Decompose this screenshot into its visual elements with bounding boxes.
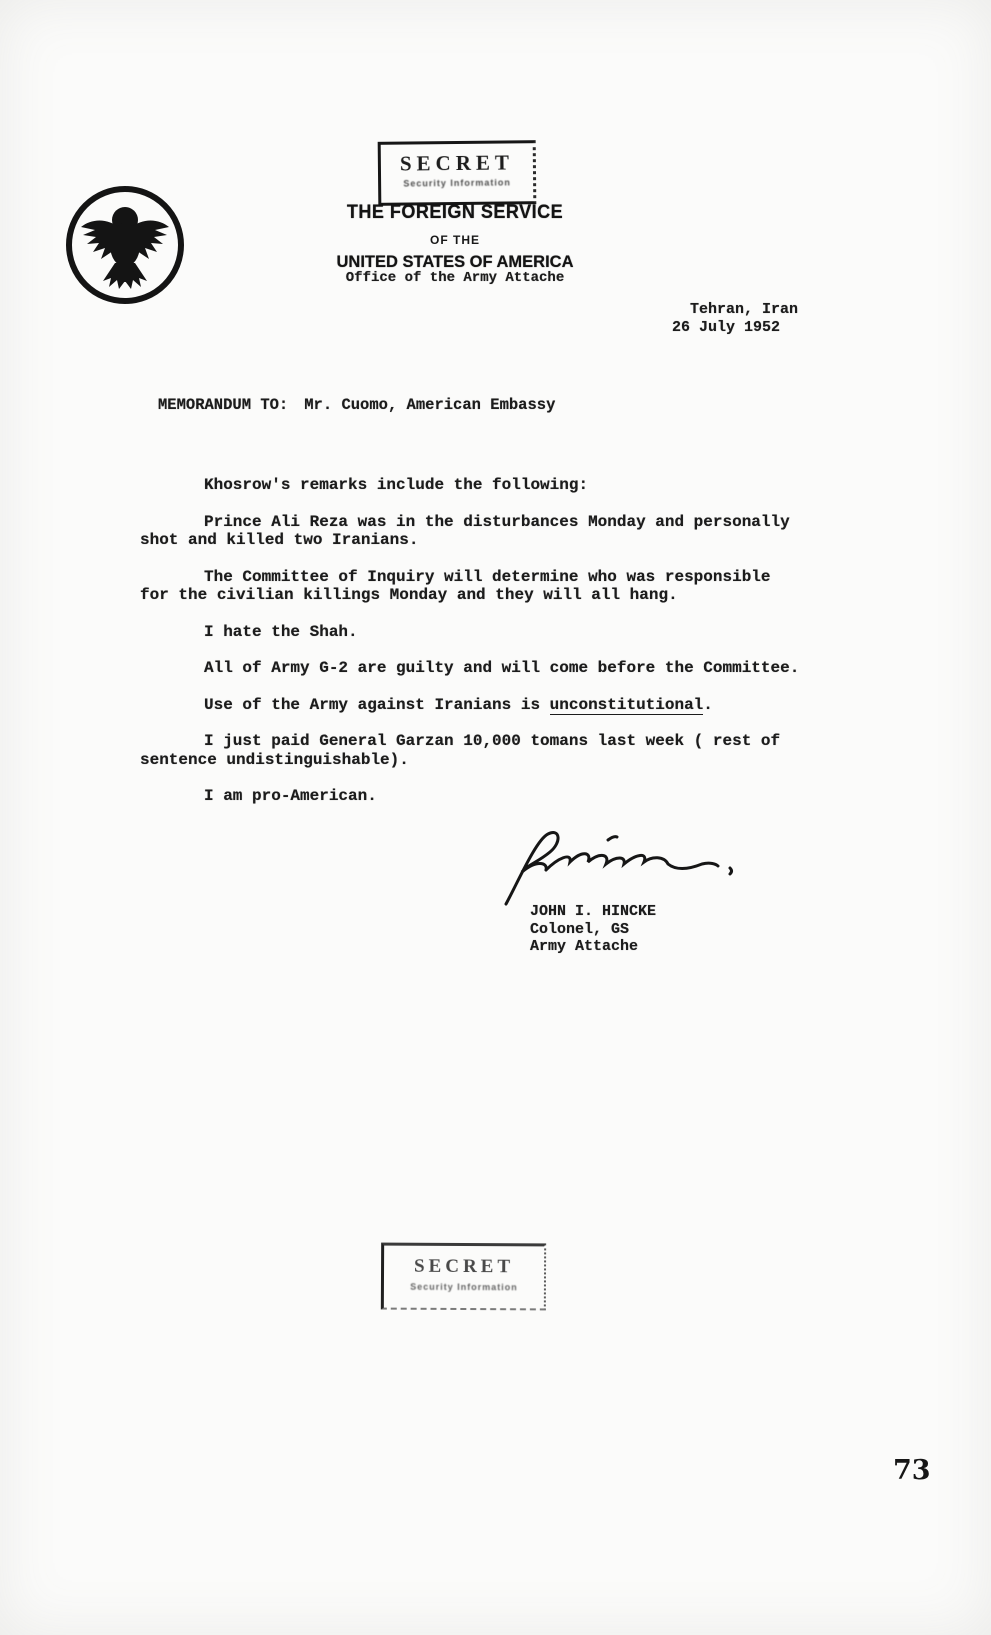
memo-to-label: MEMORANDUM TO:: [158, 396, 288, 414]
page-number: 73: [893, 1455, 931, 1486]
signature-block: JOHN I. HINCKE Colonel, GS Army Attache: [530, 903, 656, 956]
scanned-document-page: SECRET Security Information THE FOREIGN …: [0, 0, 991, 1635]
secret-stamp-bottom-classification: SECRET: [384, 1256, 544, 1279]
memo-to-line: MEMORANDUM TO:Mr. Cuomo, American Embass…: [158, 396, 555, 414]
secret-stamp-top-subtitle: Security Information: [381, 177, 533, 189]
dateline: Tehran, Iran 26 July 1952: [672, 301, 798, 337]
letterhead: THE FOREIGN SERVICE OF THE UNITED STATES…: [280, 202, 630, 286]
paragraph-army-g2: All of Army G-2 are guilty and will come…: [140, 659, 800, 678]
paragraph-khosrow-remarks: Khosrow's remarks include the following:: [140, 476, 800, 495]
secret-stamp-top: SECRET Security Information: [378, 140, 537, 206]
signer-name: JOHN I. HINCKE: [530, 903, 656, 921]
paragraph-unconstitutional-prefix: Use of the Army against Iranians is: [204, 696, 550, 714]
paragraph-army-unconstitutional: Use of the Army against Iranians is unco…: [140, 696, 800, 715]
paragraph-prince-ali-reza: Prince Ali Reza was in the disturbances …: [140, 513, 800, 550]
secret-stamp-bottom-subtitle: Security Information: [384, 1282, 544, 1293]
letterhead-office-army-attache: Office of the Army Attache: [280, 270, 630, 286]
paragraph-committee-inquiry: The Committee of Inquiry will determine …: [140, 568, 800, 605]
paragraph-unconstitutional-suffix: .: [703, 696, 713, 714]
dateline-location: Tehran, Iran: [672, 301, 798, 319]
letterhead-of-the: OF THE: [280, 233, 630, 247]
secret-stamp-bottom: SECRET Security Information: [381, 1243, 546, 1311]
signer-rank: Colonel, GS: [530, 921, 656, 939]
great-seal-eagle-icon: [63, 183, 187, 307]
memo-body: Khosrow's remarks include the following:…: [140, 476, 800, 824]
letterhead-foreign-service: THE FOREIGN SERVICE: [289, 202, 622, 224]
paragraph-unconstitutional-underlined: unconstitutional: [550, 696, 704, 715]
paragraph-pro-american: I am pro-American.: [140, 787, 800, 806]
letterhead-united-states: UNITED STATES OF AMERICA: [285, 252, 625, 272]
dateline-date: 26 July 1952: [672, 319, 798, 337]
paragraph-hate-shah: I hate the Shah.: [140, 623, 800, 642]
paragraph-paid-garzan: I just paid General Garzan 10,000 tomans…: [140, 732, 800, 769]
signature-scrawl-icon: [488, 822, 750, 912]
signer-title: Army Attache: [530, 938, 656, 956]
memo-to-value: Mr. Cuomo, American Embassy: [304, 396, 555, 414]
secret-stamp-top-classification: SECRET: [381, 150, 533, 177]
